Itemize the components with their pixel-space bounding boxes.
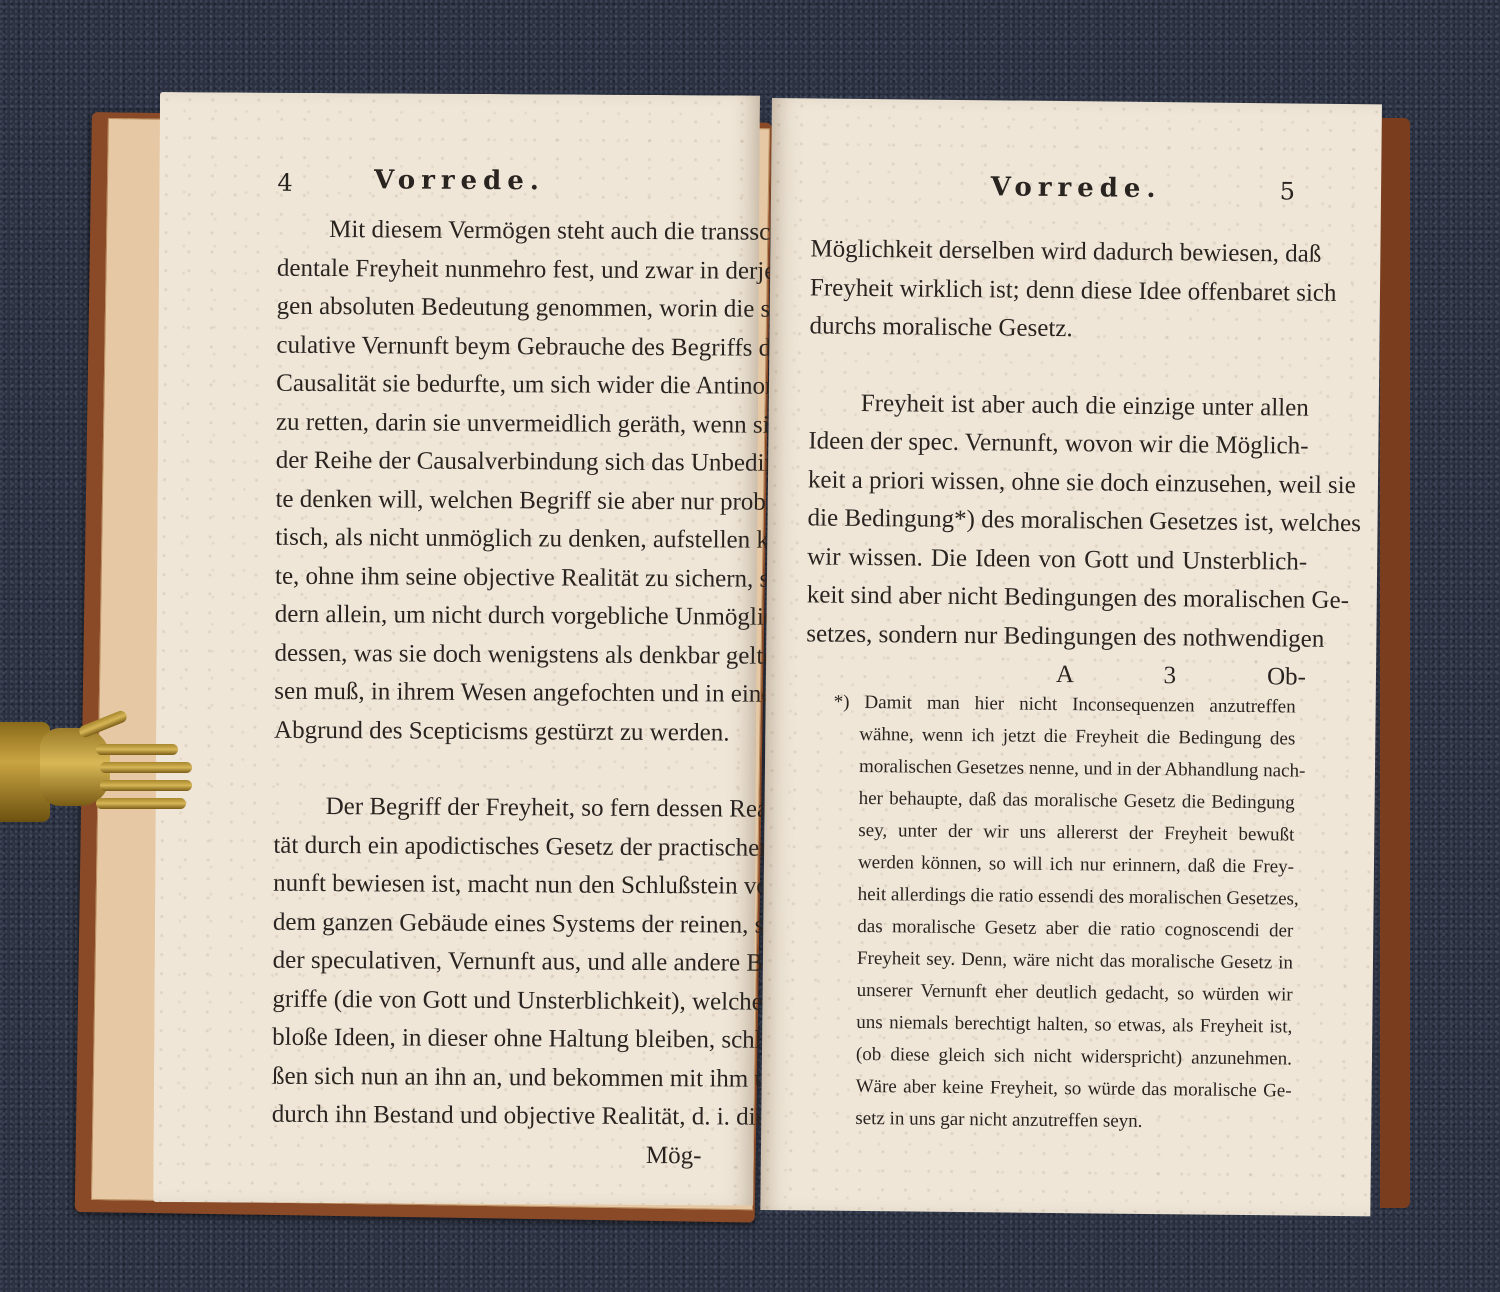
text-line: culative Vernunft beym Gebrauche des Beg… (276, 326, 706, 367)
body-text: Mit diesem Vermögen steht auch die trans… (271, 211, 707, 1176)
text-line: dessen, was sie doch wenigstens als denk… (274, 634, 704, 675)
footnote-line: das moralische Gesetz aber die ratio cog… (831, 911, 1293, 948)
footnote-line: uns niemals berechtigt halten, so etwas,… (830, 1007, 1292, 1044)
catchword: Mög- (271, 1134, 701, 1175)
open-book: 4 Vorrede. Mit diesem Vermögen steht auc… (0, 0, 1500, 1292)
footnote-line: *) Damit man hier nicht Inconsequenzen a… (834, 687, 1296, 724)
leather-cover-edge (1380, 118, 1410, 1208)
footnote: *) Damit man hier nicht Inconsequenzen a… (829, 687, 1296, 1140)
footnote-line: sey, unter der wir uns allererst der Fre… (832, 815, 1294, 852)
hand-finger (96, 798, 186, 809)
hand-finger (96, 744, 178, 755)
text-line: wir wissen. Die Ideen von Gott und Unste… (807, 538, 1307, 582)
text-line: Abgrund des Scepticisms gestürzt zu werd… (274, 711, 704, 752)
signature-mark: A 3 (1056, 661, 1176, 689)
text-line: bloße Ideen, in dieser ohne Haltung blei… (272, 1019, 702, 1060)
footnote-line: setz in uns gar nicht anzutreffen seyn. (829, 1103, 1291, 1140)
text-line: gen absoluten Bedeutung genommen, worin … (277, 288, 707, 329)
running-header: 4 Vorrede. (159, 164, 759, 208)
hand-finger (100, 780, 192, 791)
text-line: sen muß, in ihrem Wesen angefochten und … (274, 673, 704, 714)
text-line: Der Begriff der Freyheit, so fern dessen… (274, 788, 704, 829)
text-line: keit sind aber nicht Bedingungen des mor… (807, 576, 1307, 620)
text-line: tät durch ein apodictisches Gesetz der p… (273, 826, 703, 867)
footnote-line: moralischen Gesetzes nenne, und in der A… (833, 751, 1295, 788)
brass-hand-page-holder (0, 700, 200, 830)
footnote-line: unserer Vernunft eher deutlich gedacht, … (830, 975, 1292, 1012)
left-page: 4 Vorrede. Mit diesem Vermögen steht auc… (153, 92, 760, 1206)
body-text: Möglichkeit derselben wird dadurch bewie… (806, 230, 1311, 697)
text-line: griffe (die von Gott und Unsterblichkeit… (272, 980, 702, 1021)
hand-finger (100, 762, 192, 773)
text-line: te denken will, welchen Begriff sie aber… (275, 480, 705, 521)
text-line: dem ganzen Gebäude eines Systems der rei… (273, 903, 703, 944)
text-line: Freyheit ist aber auch die einzige unter… (809, 384, 1309, 428)
text-line: zu retten, darin sie unvermeidlich gerät… (276, 403, 706, 444)
footnote-line: Wäre aber keine Freyheit, so würde das m… (829, 1071, 1291, 1108)
text-line: durch ihn Bestand und objective Realität… (272, 1096, 702, 1137)
footnote-line: wähne, wenn ich jetzt die Freyheit die B… (833, 719, 1295, 756)
text-line: te, ohne ihm seine objective Realität zu… (275, 557, 705, 598)
text-line: Causalität sie bedurfte, um sich wider d… (276, 365, 706, 406)
text-line: dern allein, um nicht durch vorgebliche … (275, 596, 705, 637)
hand-thumb (78, 709, 129, 739)
page-number: 5 (1280, 177, 1296, 205)
text-line: Mit diesem Vermögen steht auch die trans… (277, 211, 707, 252)
text-line: setzes, sondern nur Bedingungen des noth… (806, 615, 1306, 659)
text-line: nunft bewiesen ist, macht nun den Schluß… (273, 865, 703, 906)
text-line: durchs moralische Gesetz. (809, 307, 1309, 351)
text-line: Ideen der spec. Vernunft, wovon wir die … (808, 422, 1308, 466)
running-header: Vorrede. 5 (771, 170, 1381, 216)
footnote-line: (ob diese gleich sich nicht widerspricht… (830, 1039, 1292, 1076)
footnote-line: her behaupte, daß das moralische Gesetz … (832, 783, 1294, 820)
text-line: tisch, als nicht unmöglich zu denken, au… (275, 519, 705, 560)
footnote-line: Freyheit sey. Denn, wäre nicht das moral… (831, 943, 1293, 980)
right-page: Vorrede. 5 Möglichkeit derselben wird da… (760, 98, 1382, 1216)
catchword: Ob- (1267, 663, 1306, 690)
text-line: Freyheit wirklich ist; denn diese Idee o… (810, 269, 1310, 313)
text-line: der Reihe der Causalverbindung sich das … (276, 442, 706, 483)
text-line: Möglichkeit derselben wird dadurch bewie… (810, 230, 1310, 274)
text-line: der speculativen, Vernunft aus, und alle… (273, 942, 703, 983)
footnote-line: werden können, so will ich nur erinnern,… (832, 847, 1294, 884)
text-line: dentale Freyheit nunmehro fest, und zwar… (277, 249, 707, 290)
text-line: keit a priori wissen, ohne sie doch einz… (808, 461, 1308, 505)
footnote-line: heit allerdings die ratio essendi des mo… (831, 879, 1293, 916)
text-line: die Bedingung*) des moralischen Gesetzes… (807, 499, 1307, 543)
running-head-title: Vorrede. (159, 164, 759, 198)
text-line: ßen sich nun an ihn an, und bekommen mit… (272, 1057, 702, 1098)
